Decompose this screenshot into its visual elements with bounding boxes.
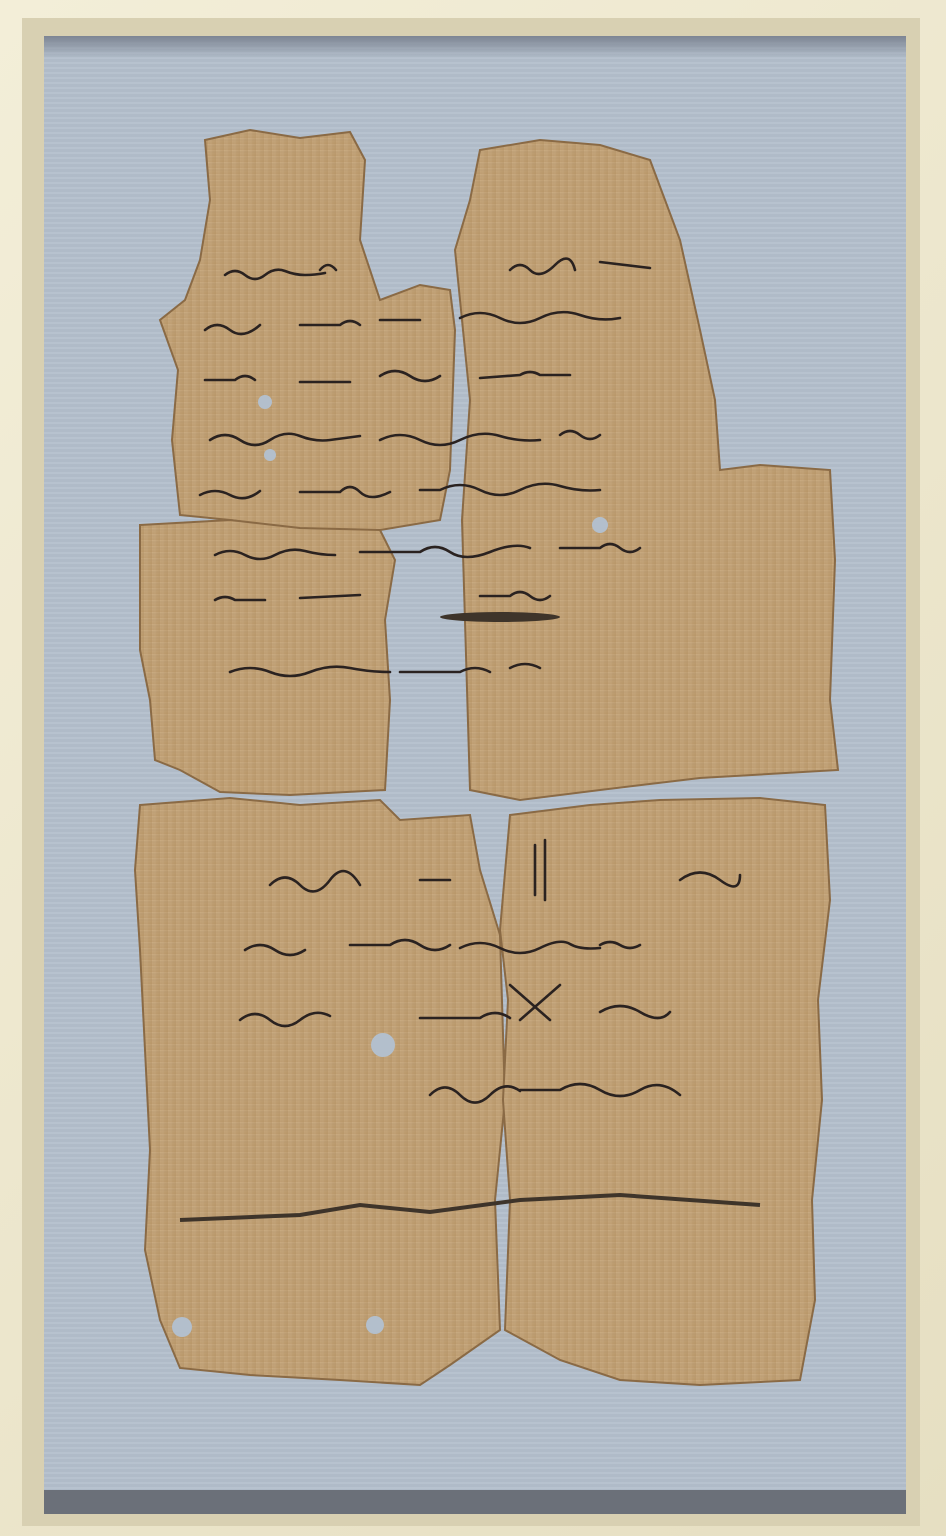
papyrus-piece-upper-right: [455, 140, 838, 800]
hole: [366, 1316, 384, 1334]
hole: [258, 395, 272, 409]
hole: [592, 517, 608, 533]
hole: [371, 1033, 395, 1057]
hole: [172, 1317, 192, 1337]
hole: [440, 612, 560, 622]
papyrus-fragment: [0, 0, 946, 1536]
papyrus-piece-lower-right: [500, 798, 830, 1385]
papyrus-piece-lower-left: [135, 798, 505, 1385]
papyrus-piece-upper-left: [160, 130, 455, 540]
hole: [264, 449, 276, 461]
papyrus-piece-middle-left: [140, 520, 395, 795]
